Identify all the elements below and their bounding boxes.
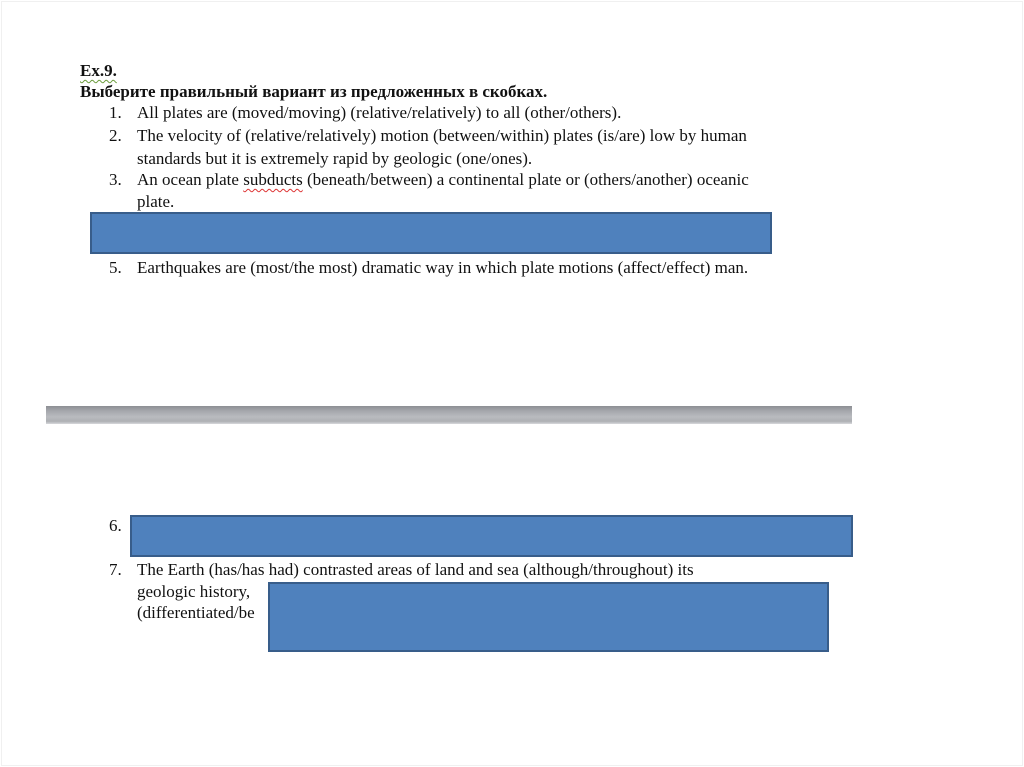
item-7-line-2: geologic history, (137, 582, 250, 602)
item-5-line-1: Earthquakes are (most/the most) dramatic… (137, 258, 748, 278)
item-7-line-3: (differentiated/be (137, 603, 255, 623)
redaction-box-item-6 (130, 515, 853, 557)
item-2-line-2: standards but it is extremely rapid by g… (137, 149, 532, 169)
exercise-instruction: Выберите правильный вариант из предложен… (80, 82, 547, 102)
spellcheck-mark: subducts (243, 170, 303, 189)
item-2-line-1: The velocity of (relative/relatively) mo… (137, 126, 747, 146)
item-number-2: 2. (109, 126, 122, 146)
item-number-5: 5. (109, 258, 122, 278)
item-7-line-1: The Earth (has/has had) contrasted areas… (137, 560, 694, 580)
slide-divider-bar (46, 406, 852, 424)
item-3-line-1: An ocean plate subducts (beneath/between… (137, 170, 749, 190)
item-number-7: 7. (109, 560, 122, 580)
item-number-3: 3. (109, 170, 122, 190)
exercise-title: Ex.9. (80, 61, 117, 81)
item-number-1: 1. (109, 103, 122, 123)
redaction-box-item-4 (90, 212, 772, 254)
item-3-line-2: plate. (137, 192, 174, 212)
item-1-line-1: All plates are (moved/moving) (relative/… (137, 103, 621, 123)
item-number-6: 6. (109, 516, 122, 536)
redaction-box-item-7 (268, 582, 829, 652)
